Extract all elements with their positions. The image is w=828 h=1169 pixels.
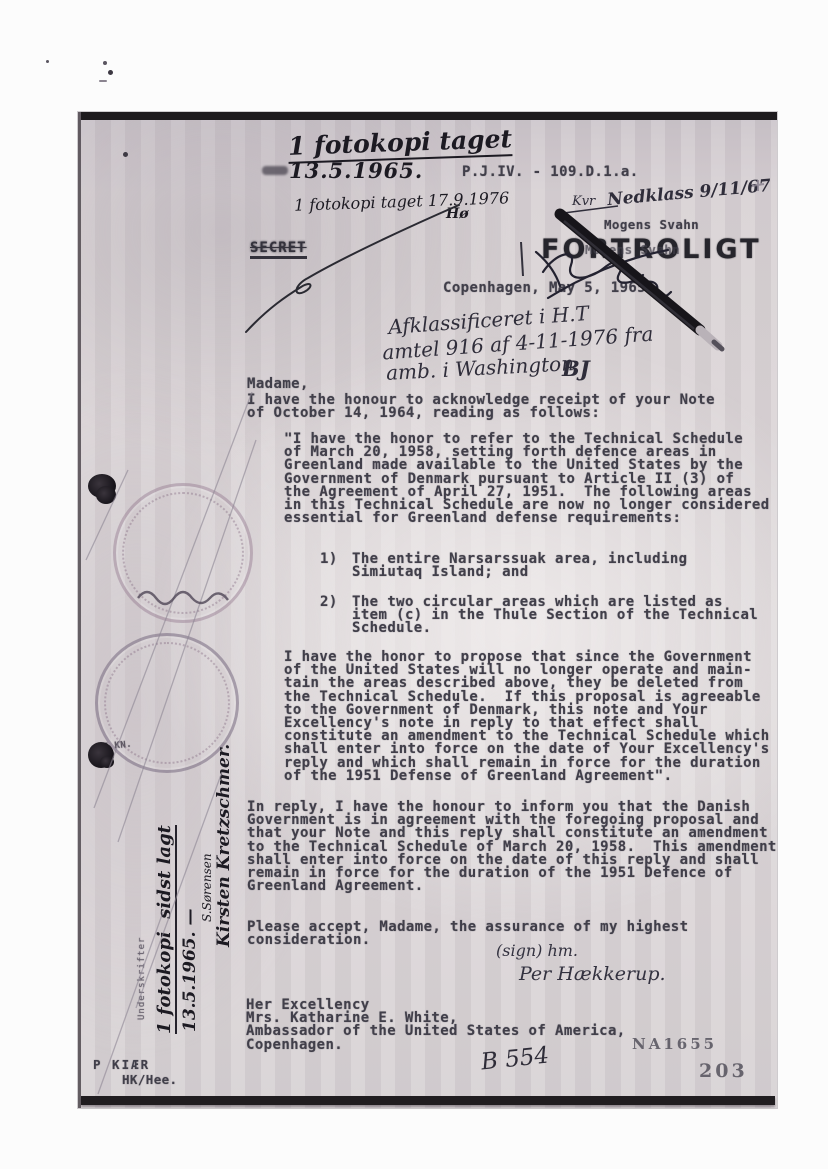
list-item-1-number: 1) — [320, 553, 338, 566]
addressee-block: Her Excellency Mrs. Katharine E. White, … — [246, 999, 626, 1052]
quote-paragraph-2: I have the honor to propose that since t… — [284, 651, 770, 783]
svahn-name-overlap: Mogens Svahn — [585, 243, 680, 256]
clerk-initials: HK/Hee. — [122, 1073, 177, 1086]
underskrifter-label: Underskrifter — [136, 937, 149, 1020]
secret-stamp: SECRET — [250, 240, 307, 259]
scan-speck — [46, 60, 49, 63]
list-item-2-number: 2) — [320, 596, 338, 609]
ink-smudge — [262, 166, 288, 175]
scan-speck — [108, 70, 113, 75]
scan-speck — [123, 152, 128, 157]
signature-sign-note: (sign) hm. — [496, 941, 578, 960]
paragraph-1: I have the honour to acknowledge receipt… — [247, 394, 715, 420]
declass-initials: BJ — [562, 356, 590, 381]
scan-bottom-edge — [81, 1096, 775, 1105]
ink-blob — [100, 756, 114, 768]
quote-paragraph-1: "I have the honor to refer to the Techni… — [284, 433, 770, 525]
kvr-initials: Kvr — [572, 194, 595, 209]
dateline: Copenhagen, May 5, 1965. — [443, 282, 655, 295]
side-signature-kretzschmer: Kirsten Kretzschmer. — [214, 744, 234, 947]
signature-name: Per Hækkerup. — [519, 963, 666, 985]
list-item-1-text: The entire Narsarssuak area, including S… — [352, 553, 688, 579]
side-fotokopi-note: 1 fotokopi sidst lagt — [154, 825, 177, 1034]
list-item-2-text: The two circular areas which are listed … — [352, 596, 758, 636]
na-number-stamp: NA1655 — [632, 1035, 717, 1053]
fotokopi-initials: Hø — [446, 206, 469, 222]
salutation: Madame, — [247, 378, 309, 391]
page-number-stamp: 203 — [699, 1060, 748, 1082]
ink-blob — [96, 486, 116, 504]
scanned-letter: E KN. 1 fotokopi taget 13.5.1965. 1 foto… — [0, 0, 828, 1169]
paragraph-2: In reply, I have the honour to inform yo… — [247, 801, 777, 893]
side-annotation-block: Underskrifter 1 fotokopi sidst lagt 13.5… — [128, 762, 243, 1042]
closing: Please accept, Madame, the assurance of … — [247, 921, 688, 947]
scan-top-edge — [81, 112, 777, 120]
kiaer-name: P KIÆR — [93, 1058, 150, 1071]
file-number: P.J.IV. - 109.D.1.a. — [462, 166, 639, 179]
svahn-name: Mogens Svahn — [604, 218, 699, 231]
scan-speck — [103, 61, 107, 65]
side-date: 13.5.1965. — — [180, 909, 200, 1032]
archive-stamp-circle-1 — [113, 483, 253, 623]
fotokopi-note-date: 13.5.1965. — [289, 158, 423, 183]
side-signature-sorensen: S.Sørensen — [200, 853, 214, 922]
scan-speck — [99, 80, 107, 82]
